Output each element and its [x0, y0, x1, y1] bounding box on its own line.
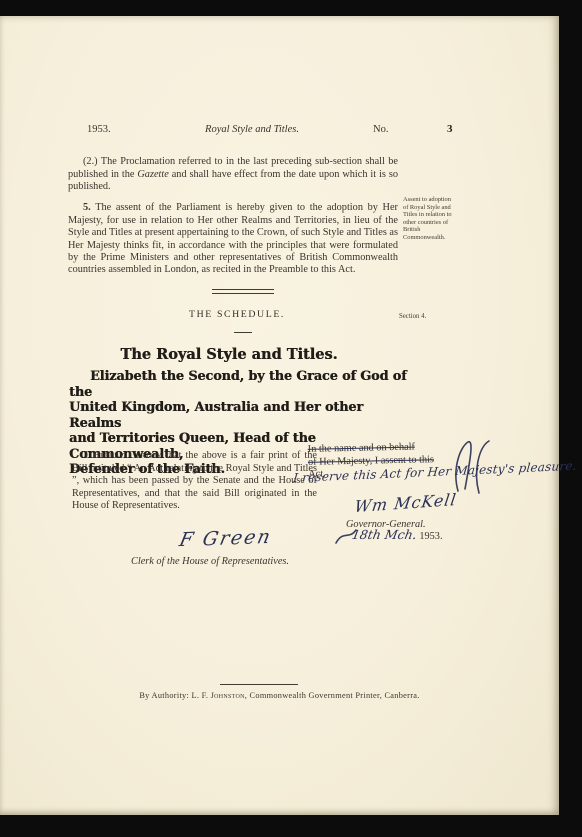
clerk-signature: F Green	[177, 526, 274, 551]
document-page: 1953. Royal Style and Titles. No. 3 (2.)…	[0, 16, 559, 815]
schedule-dash-rule	[234, 332, 252, 333]
imprint-printer-name: Johnston	[211, 691, 245, 700]
subsection-2-paragraph: (2.) The Proclamation referred to in the…	[68, 156, 398, 193]
section-5-margin-note: Assent to adoption of Royal Style and Ti…	[403, 196, 455, 242]
royal-style-line: Elizabeth the Second, by the Grace of Go…	[69, 369, 411, 400]
royal-style-line: United Kingdom, Australia and Her other …	[69, 400, 411, 431]
schedule-blackletter-title: The Royal Style and Titles.	[69, 346, 389, 363]
section-5-paragraph: 5. The assent of the Parliament is hereb…	[68, 202, 398, 276]
scan-background: 1953. Royal Style and Titles. No. 3 (2.)…	[0, 0, 582, 837]
certification-smallcaps: Hereby Certify	[92, 450, 162, 461]
assent-date-handwritten: 18th Mch.	[351, 527, 418, 542]
clerk-title: Clerk of the House of Representatives.	[124, 556, 296, 567]
assent-date: 18th Mch. 1953.	[352, 527, 443, 542]
schedule-margin-note: Section 4.	[399, 313, 459, 321]
section-5-number: 5.	[83, 202, 91, 213]
gazette-italic-word: Gazette	[137, 169, 168, 180]
header-number-label: No.	[373, 124, 388, 135]
assent-date-printed: 1953.	[419, 531, 442, 542]
header-year: 1953.	[87, 124, 111, 135]
imprint-before: By Authority: L. F.	[139, 691, 210, 700]
section-end-divider	[212, 289, 274, 294]
imprint-line: By Authority: L. F. Johnston, Commonweal…	[0, 691, 559, 700]
imprint-after: , Commonwealth Government Printer, Canbe…	[245, 691, 420, 700]
certification-paragraph: I Hereby Certify that the above is a fai…	[72, 450, 317, 512]
section-5-text: The assent of the Parliament is hereby g…	[68, 202, 398, 275]
imprint-rule	[220, 684, 298, 685]
header-running-title: Royal Style and Titles.	[167, 124, 337, 135]
schedule-heading: THE SCHEDULE.	[159, 309, 315, 320]
header-page-number: 3	[447, 123, 453, 135]
governor-general-signature: Wm McKell	[353, 490, 458, 516]
